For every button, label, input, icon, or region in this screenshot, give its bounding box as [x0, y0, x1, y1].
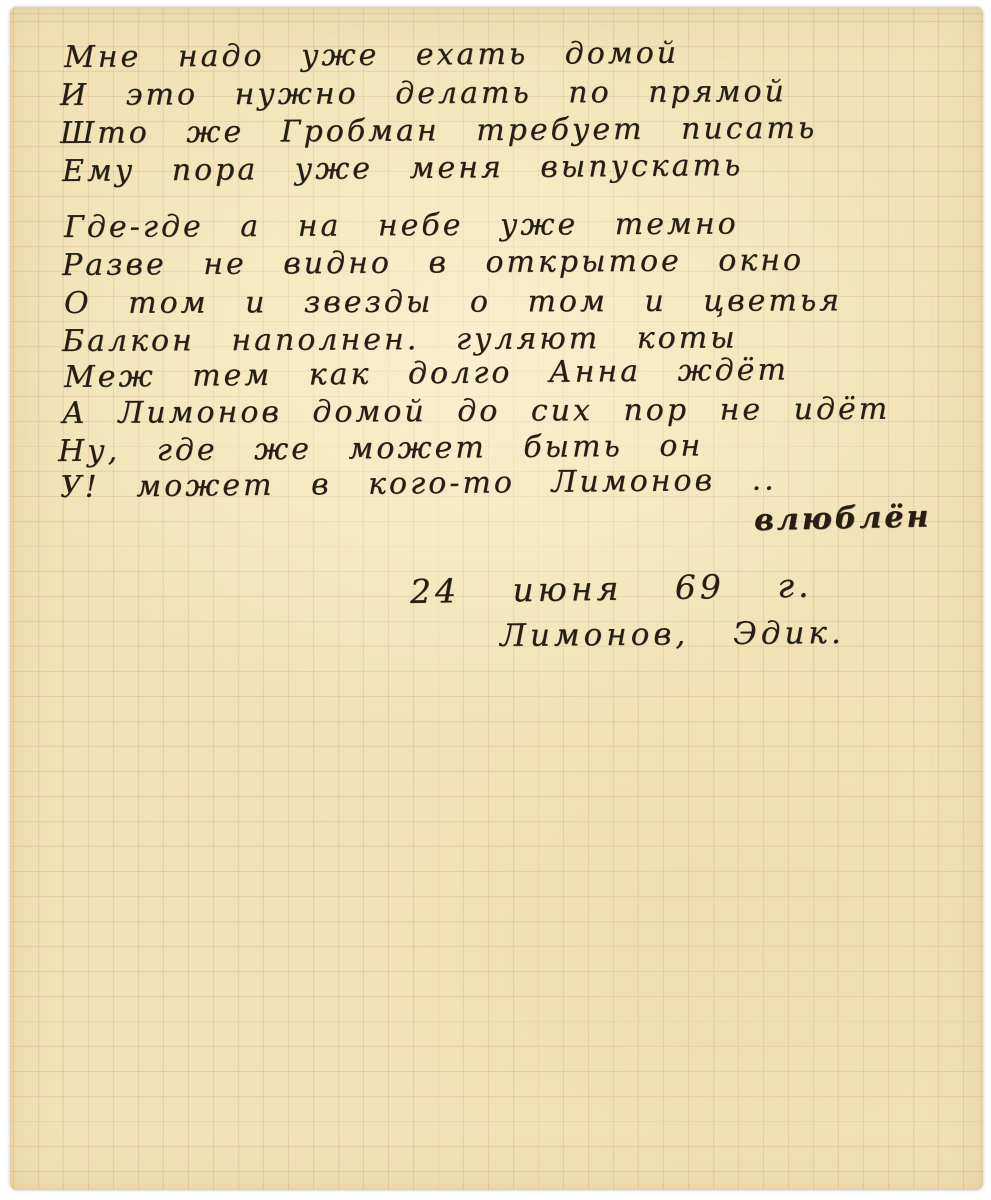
date-line: 24 июня 69 г. — [410, 569, 813, 608]
poem-line: А Лимонов домой до сих пор не идёт — [62, 395, 890, 429]
poem-line: Где-где а на небе уже темно — [64, 209, 739, 243]
poem-line: Ему пора уже меня выпускать — [62, 151, 744, 187]
poem-line: Што же Гробман требует писать — [60, 114, 817, 149]
notebook-paper: Мне надо уже ехать домой И это нужно дел… — [10, 7, 983, 1190]
poem-line: Разве не видно в открытое окно — [62, 246, 804, 281]
poem-line: Меж тем как долго Анна ждёт — [64, 355, 789, 393]
poem-line: Балкон наполнен. гуляют коты — [62, 323, 738, 357]
poem-line: Мне надо уже ехать домой — [64, 39, 679, 73]
poem-line: О том и звезды о том и цветья — [64, 286, 842, 319]
poem-line: У! может в кого-то Лимонов .. — [60, 465, 777, 503]
poem-line: И это нужно делать по прямой — [60, 77, 787, 111]
poem-line: Ну, где же может быть он — [58, 431, 703, 467]
scanned-page: Мне надо уже ехать домой И это нужно дел… — [0, 0, 991, 1200]
signature-line: Лимонов, Эдик. — [500, 618, 845, 652]
poem-line: влюблён — [754, 502, 932, 536]
